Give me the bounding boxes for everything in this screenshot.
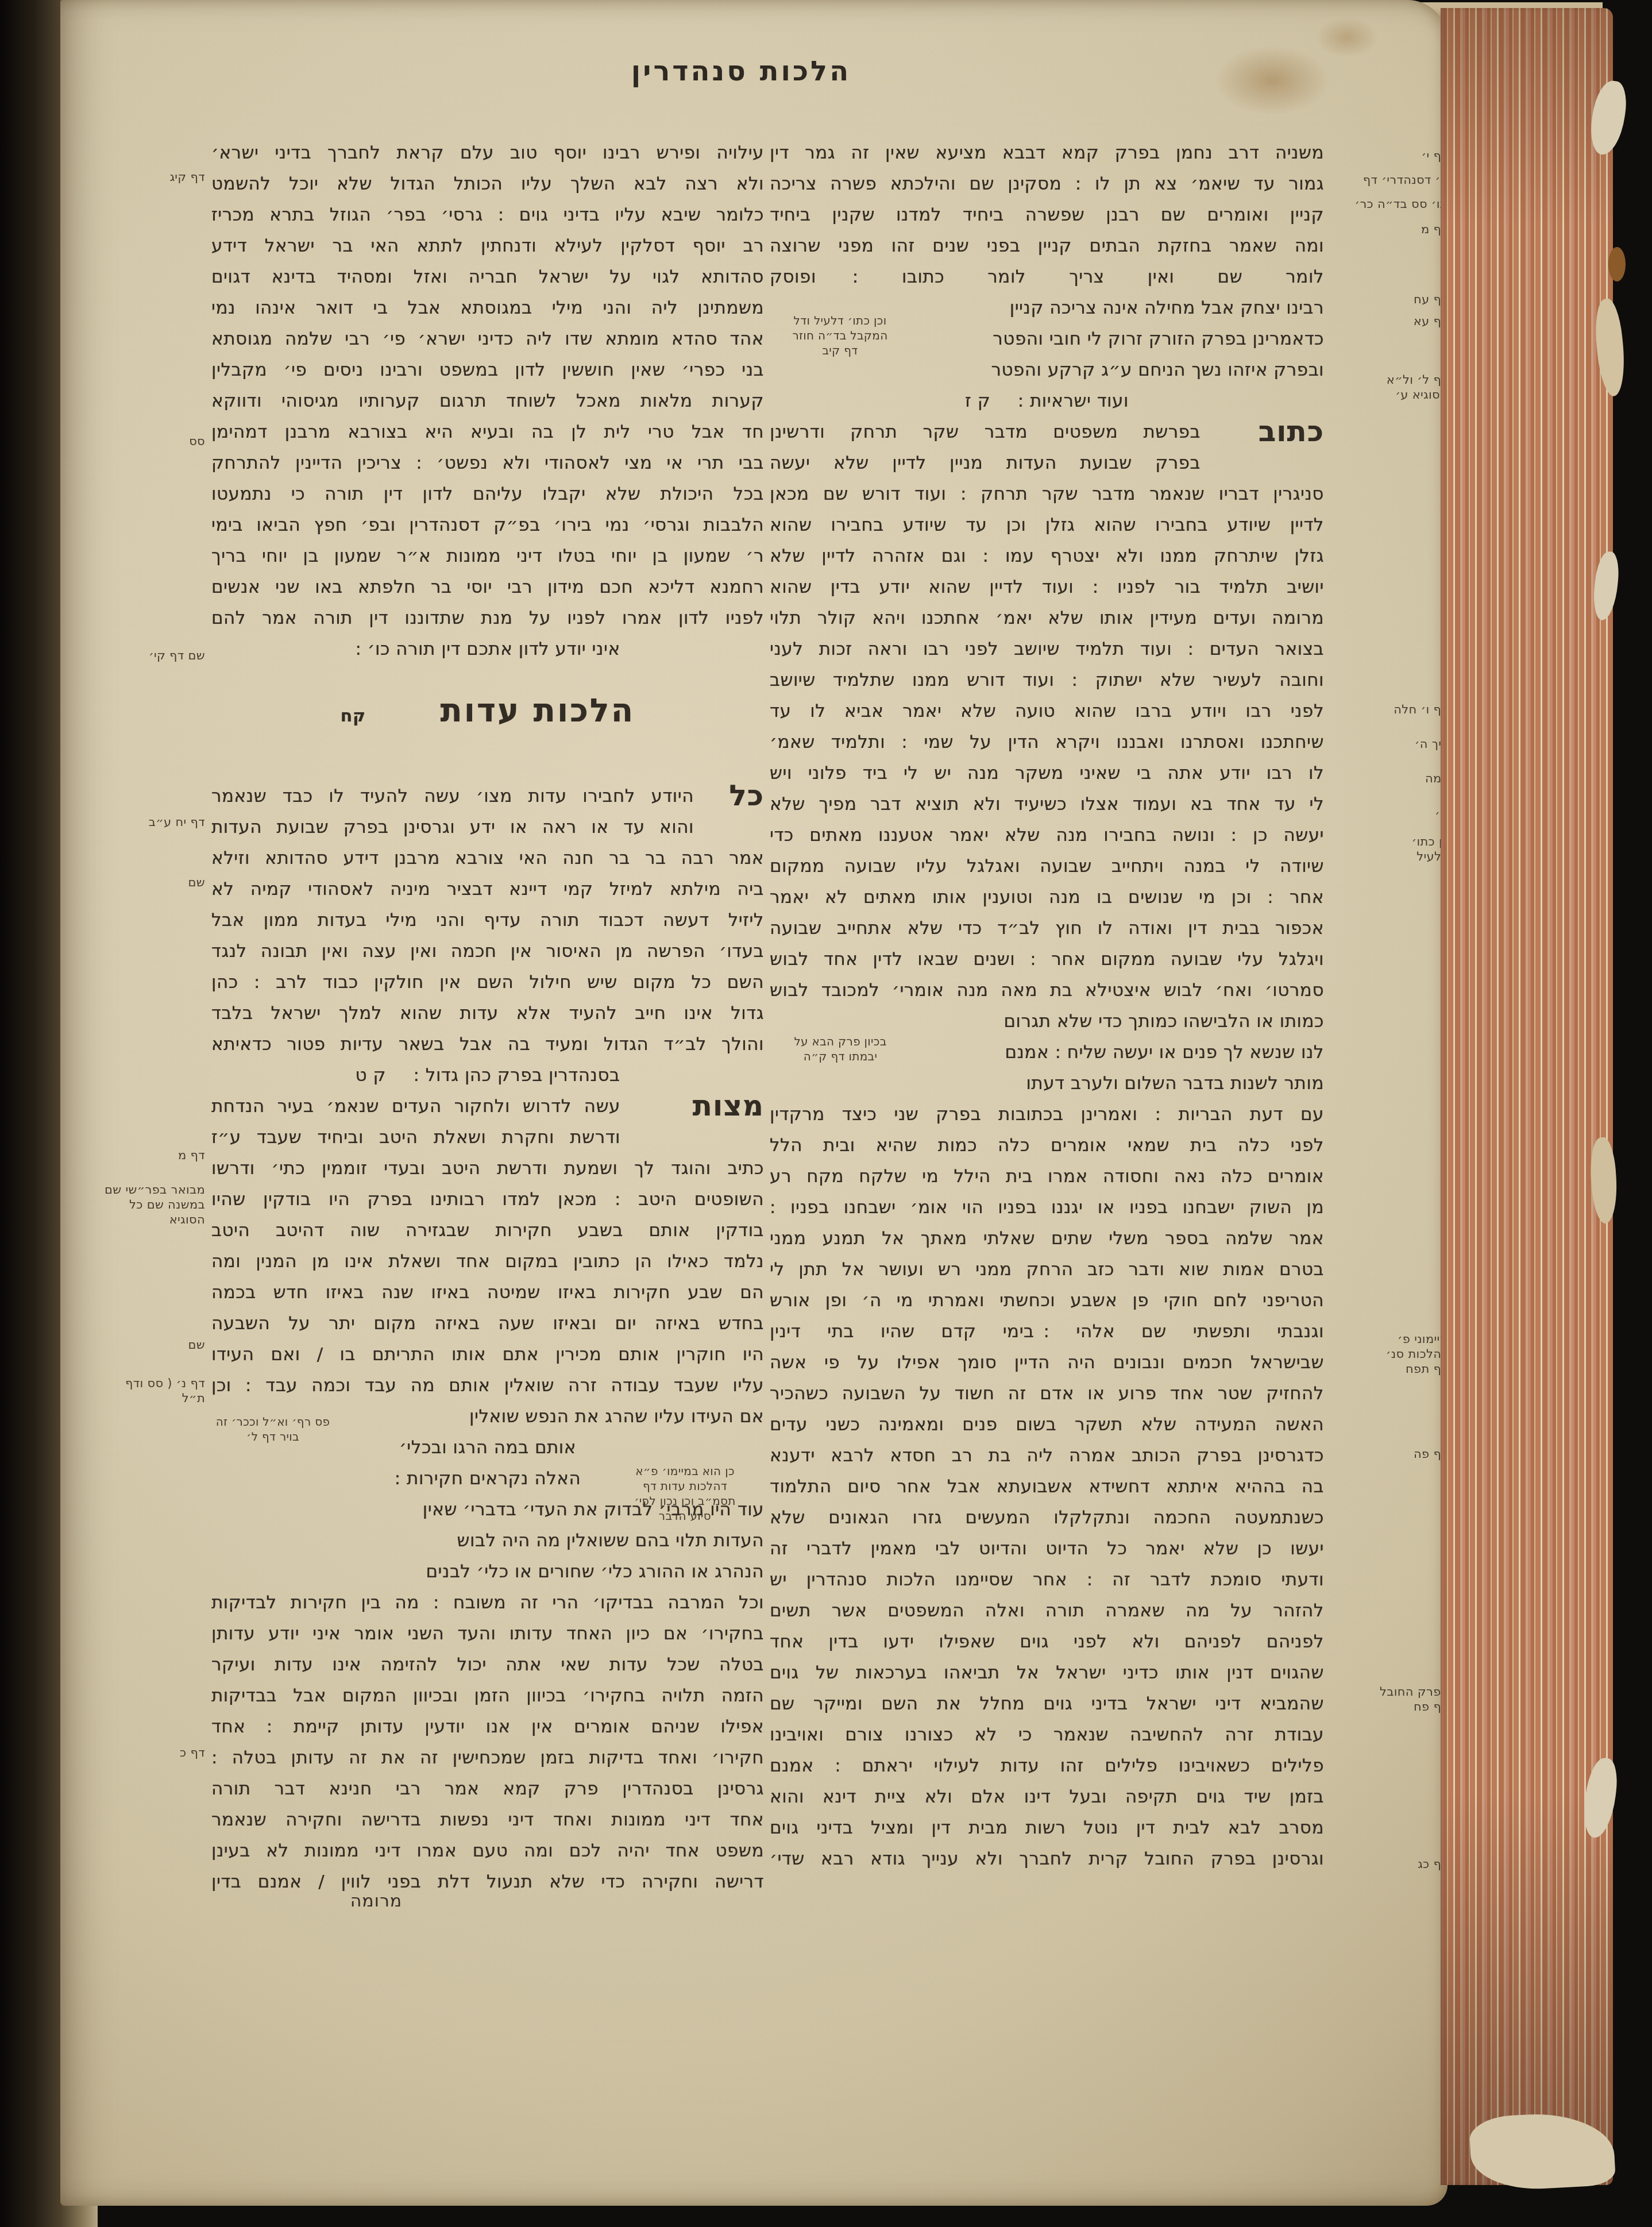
text-line: וכל המרבה בבדיקו׳ הרי זה משובח : מה בין …	[211, 1588, 764, 1619]
text-line: הם שבע חקירות באיזו שמיטה באיזו שנה באיז…	[211, 1277, 764, 1309]
margin-note: בפרק החובלדף פח	[1327, 1684, 1450, 1714]
photo-of-open-book: { "page": { "header": "הלכות סנהדרין", "…	[0, 0, 1652, 2227]
margin-note: מבואר בפר״שי שםבמשנה שם כלהסוגיא	[72, 1182, 209, 1227]
text-line: סהדותא לגוי על ישראל חבריה ואזל ומסהיד ב…	[211, 262, 764, 293]
text-line: סמרטו׳ ואח׳ לבוש איצטילא בת מאה מנה אומר…	[770, 975, 1324, 1006]
torn-paper-edge	[1608, 247, 1626, 281]
book-page: הלכות סנהדרין משניה דרב נחמן בפרק קמא דב…	[60, 0, 1448, 2206]
text-line: יושיב תלמיד בור לפניו : ועוד לדיין שהוא …	[770, 572, 1324, 603]
text-line: כדגרסינן בפרק הכותב אמרה ליה בת רב חסדא …	[770, 1441, 1324, 1472]
text-line: שבישראל חכמים ונבונים היה הדיין סומך אפי…	[770, 1348, 1324, 1379]
paragraph-initial-word: כל	[729, 781, 764, 812]
text-line: וגנבתי ותפשתי שם אלהי : בימי קדם שהיו בת…	[770, 1317, 1324, 1348]
text-line: קערות מלאות מאכל לשוחד תרגום קערותיו מגי…	[211, 386, 764, 417]
text-line: גזלן שיתרחק ממנו ולא יצטרף עמו : וגם אזה…	[770, 541, 1324, 572]
text-line: אמר שלמה בספר משלי שתים שאלתי מאתך אל תמ…	[770, 1224, 1324, 1255]
text-line: משפט אחד יהיה לכם ומה טעם אמרו דיני ממונ…	[211, 1836, 764, 1867]
text-line: איני יודע לדון אתכם דין תורה כו׳ :	[211, 634, 764, 665]
text-line: שיחתכנו ואסתרנו ואבננו ויקרא הדין על שמי…	[770, 727, 1324, 758]
margin-note: סס	[72, 434, 209, 449]
margin-note: דף פה	[1327, 1446, 1450, 1461]
text-line: לי עד אחד בא ועמוד אצלו כשיעיד ולא תוציא…	[770, 789, 1324, 820]
text-line: לו רבו יודע אתה בי שאיני משקר מנה יש לי …	[770, 758, 1324, 789]
text-line: חקירו׳ ואחד בדיקות בזמן שמכחישין זה את ז…	[211, 1743, 764, 1774]
text-line: בפרק שבועת העדות מניין לדיין שלא יעשה	[770, 448, 1324, 479]
margin-note: דף עא	[1327, 314, 1450, 329]
text-line: ודרשת וחקרת ושאלת היטב וביחיד שעבד ע״ז	[211, 1122, 764, 1153]
text-line: אכפור בבית דין ואודה לו חוץ לב״ד כדי שלא…	[770, 913, 1324, 944]
text-line: יעשה כן : ונושה בחבירו מנה שלא יאמר אטענ…	[770, 820, 1324, 851]
text-line: מסרב לבא לבית דין נוטל רשות מבית דין ומצ…	[770, 1813, 1324, 1844]
margin-note: דף עח	[1327, 292, 1450, 307]
paragraph-initial-word: כתוב	[1259, 417, 1324, 448]
gloss-note: כן הוא במיימו׳ פ״אדהלכות עדות דףתסמ״ב וכ…	[612, 1464, 758, 1523]
margin-note: דף כ	[72, 1745, 209, 1760]
text-line: וחובה לעשיר שלא ישתוק : ועוד דורש ממנו ש…	[770, 665, 1324, 696]
text-line: רב יוסף דסלקין לעילא ודנחתין לתתא האי בר…	[211, 231, 764, 262]
text-line: אומרים כלה נאה וחסודה אמרו בית הילל מי ש…	[770, 1161, 1324, 1192]
text-line: בחדש באיזה יום ובאיזו שעה באיזה מקום יתר…	[211, 1309, 764, 1340]
text-line: קניין ואומרים שם רבנן שפשרה ביחיד למדנו …	[770, 200, 1324, 231]
text-line: בחקירו׳ אם כיון האחד עדותו והעד השני אומ…	[211, 1619, 764, 1650]
margin-notes-left: דף קיגססשם דף קי׳דף יח ע״בשםדף ממבואר בפ…	[72, 0, 209, 2125]
text-line: העדות תלוי בהם ששואלין מה היה לבוש	[211, 1526, 764, 1557]
text-line: ליזיל דעשה דכבוד תורה עדיף והני מילי בעד…	[211, 905, 764, 936]
margin-note: דף ו׳ חלה	[1327, 702, 1450, 717]
section-heading: הלכות עדותקח	[211, 696, 764, 758]
text-line: רחמנא דליכא חכם מידון רבי יוסי בר חלפתא …	[211, 572, 764, 603]
text-line: דרישה וחקירה כדי שלא תנעול דלת בפני לווי…	[211, 1867, 764, 1898]
text-line: כשנתמעטה החכמה ונתקלקלו המעשים גזרו הגאו…	[770, 1503, 1324, 1534]
margin-note: יין כתו׳דלעיל	[1327, 834, 1450, 864]
margin-note: שם	[72, 875, 209, 890]
margin-note: דף נ׳ ( סס ודףת״ל	[72, 1376, 209, 1406]
text-line: פלילים כשאויבינו פלילים זהו עדות לעילוי …	[770, 1751, 1324, 1782]
book-fore-edge	[1441, 8, 1613, 2185]
text-line: להזהר על מה שאמרה תורה ואלה המשפטים אשר …	[770, 1596, 1324, 1627]
text-line: אחר : וכן מי שנושים בו מנה וטוענין אותו …	[770, 882, 1324, 913]
text-line: שהגוים דנין אותו כדיני ישראל אל תביאהו ב…	[770, 1658, 1324, 1689]
margin-note: ח׳	[1327, 807, 1450, 822]
text-line: בה בההיא איתתא דחשידא אשבועתא אבל אחר סי…	[770, 1472, 1324, 1503]
text-line: השופטים היטב : מכאן למדו רבותינו בפרק הי…	[211, 1184, 764, 1215]
margin-note: דף ל׳ ול״אהסוגיא ע׳	[1327, 372, 1450, 402]
text-line: עם דעת הבריות : ואמרינן בכתובות בפרק שני…	[770, 1099, 1324, 1130]
text-line: כתיב והוגד לך ושמעת ודרשת היטב ובעדי זומ…	[211, 1153, 764, 1184]
text-column-left: עילויה ופירש רבינו יוסף טוב עלם קראת לחב…	[211, 138, 764, 1953]
text-line: עבודת זרה להחשיבה שנאמר כי לא כצורנו צור…	[770, 1720, 1324, 1751]
text-line: בסנהדרין בפרק כהן גדול : ק ט	[211, 1060, 764, 1091]
text-line: לפניהם לפניהם ולא לפני גוים שאפילו ידעו …	[770, 1627, 1324, 1658]
text-line: מן השוק ישבחנו בפניו או יגננו בפניו הוי …	[770, 1192, 1324, 1224]
text-line: כלהיודע לחבירו עדות מצו׳ עשה להעיד לו כב…	[211, 781, 764, 812]
margin-note: כמה	[1327, 771, 1450, 786]
text-line: גדול אינו חייב להעיד אלא עדות שהוא למלך …	[211, 998, 764, 1029]
text-line: חד אבל טרי לית לן בה ובעיא היא בצורבא מר…	[211, 417, 764, 448]
text-line: אהד סהדא מומתא שדו ליה כדיני ישרא׳ פי׳ ר…	[211, 324, 764, 355]
text-line: אפילו שניהם אומרים אין אנו יודעין עדותן …	[211, 1712, 764, 1743]
text-line: מותר לשנות בדבר השלום ולערב דעתו	[770, 1068, 1324, 1099]
margin-note: דף מ	[72, 1148, 209, 1163]
text-line: לפני כלה בית שמאי אומרים כלה כמות שהיא ו…	[770, 1130, 1324, 1161]
text-line: שיודה לי במנה ויתחייב שבועה ואגלגל עליו …	[770, 851, 1324, 882]
text-line: גמור עד שיאמ׳ צא תן לו : מסקינן שם והילכ…	[770, 169, 1324, 200]
text-line: בעדו׳ הפרשה מן האיסור אין חכמה ואין עצה …	[211, 936, 764, 967]
text-line: כתובבפרשת משפטים מדבר שקר תרחק ודרשינן	[770, 417, 1324, 448]
margin-note: פ׳ דסנהדרי׳ דף	[1327, 172, 1450, 187]
text-line: והוא עד או ראה או ידע וגרסינן בפרק שבועת…	[211, 812, 764, 843]
text-line: להחזיק שטר אחד פרוע או אדם זה חשוד על הש…	[770, 1379, 1324, 1410]
text-line: גרסינן בסנהדרין פרק קמא אמר רבי חנינא דב…	[211, 1774, 764, 1805]
margin-note: שם	[72, 1337, 209, 1352]
text-line: הטריפני לחם חוקי פן אשבע וכחשתי ואמרתי מ…	[770, 1286, 1324, 1317]
text-line: אחד דיני ממונות ואחד דיני נפשות בדרישה ו…	[211, 1805, 764, 1836]
text-line: לומר שם ואין צריך לומר כתובו : ופוסק	[770, 262, 1324, 293]
text-line: וגרסינן בפרק החובל קרית לחברך ולא ענייך …	[770, 1844, 1324, 1875]
text-line: ביה מילתא למיזל קמי דיינא דבציר מיניה לא…	[211, 874, 764, 905]
text-line: ומה שאמר בחזקת הבתים קניין בפני שנים זהו…	[770, 231, 1324, 262]
text-line: משניה דרב נחמן בפרק קמא דבבא מציעא שאין …	[770, 138, 1324, 169]
text-line: בכל היכולת שלא יקבלו עליהם לדון דין תורה…	[211, 479, 764, 510]
section-heading-text: הלכות עדות	[440, 696, 635, 726]
gloss-note: פס רף׳ וא״ל וככר׳ זהבויר דף ל׳	[204, 1414, 342, 1444]
text-line: בזמן שיד גוים תקיפה ובעל דינו אלם ולא צי…	[770, 1782, 1324, 1813]
text-line: ובפרק איזהו נשך הניחם ע״ג קרקע והפטר	[770, 355, 1324, 386]
text-line: והולך לב״ד הגדול ומעיד בה אבל בשאר עדיות…	[211, 1029, 764, 1060]
text-line: משמתינן ליה והני מילי במגוסתא אבל בי דוא…	[211, 293, 764, 324]
text-line: השם כל מקום שיש חילול השם אין חולקין כבו…	[211, 967, 764, 998]
margin-note: תו׳ סס בד״ה כר׳	[1327, 196, 1450, 211]
text-line: לפניו לדון אמרו לפניו על מנת שתדוננו דין…	[211, 603, 764, 634]
text-line: ויגלגל עלי שבועה ממקום אחר : ושנים שבאו …	[770, 944, 1324, 975]
text-line: הנהרג או ההורג כלי׳ שחורים או כלי׳ לבנים	[211, 1557, 764, 1588]
text-line: עליו שעבד עבודה זרה שואלין אותם מה עבד ו…	[211, 1371, 764, 1402]
margin-note: דף כג	[1327, 1857, 1450, 1871]
text-line: ר׳ שמעון בן יוחי בטלו דיני ממונות א״ר שמ…	[211, 541, 764, 572]
text-line: בטרם אמות שוא ודבר כזב הרחק ממני רש ועוש…	[770, 1255, 1324, 1286]
margin-note: דף י׳	[1327, 148, 1450, 163]
margin-note: דיך ה׳	[1327, 736, 1450, 751]
text-line: אמר רבה בר בר חנה האי צורבא מרבנן דידע ס…	[211, 843, 764, 874]
margin-notes-right: דף י׳פ׳ דסנהדרי׳ דףתו׳ סס בד״ה כר׳דף מדף…	[1327, 0, 1450, 2125]
text-line: בצואר העדים : ועוד תלמיד שיושב לפני רבו …	[770, 634, 1324, 665]
catchword: מרומה	[313, 1891, 439, 1911]
section-heading-page-ref: קח	[341, 701, 366, 731]
text-line: שהמביא דיני ישראל בדיני גוים מחלל את השם…	[770, 1689, 1324, 1720]
margin-note: דף מ	[1327, 222, 1450, 237]
text-line: מצותעשה לדרוש ולחקור העדים שנאמ׳ בעיר הנ…	[211, 1091, 764, 1122]
text-line: מרומה ועדים מעידין אותו שלא יאמ׳ אחתכנו …	[770, 603, 1324, 634]
text-line: היו חוקרין אותם מכירין אתם אותו התריתם ב…	[211, 1340, 764, 1371]
margin-note: שם דף קי׳	[72, 648, 209, 663]
text-line: בודקין אותם בשבע חקירות שבגזירה שוה דהיט…	[211, 1215, 764, 1246]
page-title: הלכות סנהדרין	[580, 55, 902, 87]
text-line: לדיין שיודע בחבירו שהוא גזלן וכן עד שיוד…	[770, 510, 1324, 541]
text-line: נלמד כאילו הן כתובין במקום אחד ושאלת אינ…	[211, 1246, 764, 1277]
text-line: לפני רבו ויודע ברבו שהוא טועה שלא יאמר א…	[770, 696, 1324, 727]
gloss-note: וכן כתו׳ דלעיל ודלהמקבל בד״ה חוזרדף קיב	[773, 313, 908, 358]
text-line: כלומר שיבא עליו בדיני גוים : גרסי׳ בפר׳ …	[211, 200, 764, 231]
margin-note: מיימוני פ׳דהלכות סנ׳דף תפח	[1327, 1331, 1450, 1376]
text-line: האשה המעידה שלא תשקר בשום פנים ומאמינה כ…	[770, 1410, 1324, 1441]
text-line: בבי תרי אי מצי לאסהודי ולא נפשט׳ : צריכי…	[211, 448, 764, 479]
text-line: ועוד ישראיות : ק ז	[770, 386, 1324, 417]
text-line: ודעתי סומכת לדבר זה : אחר שסיימנו הלכות …	[770, 1565, 1324, 1596]
text-line: הזמה תלויה בחקירו׳ בכיוון הזמן ובכיוון ה…	[211, 1681, 764, 1712]
stain	[1215, 46, 1330, 115]
text-line: יעשו כן שלא יאמר כל הדיוט והדיוט לבי מאמ…	[770, 1534, 1324, 1565]
margin-note: דף קיג	[72, 169, 209, 184]
text-line: בטלה שכל עדות שאי אתה יכול להזימה אינו ע…	[211, 1650, 764, 1681]
gloss-note: בכיון פרק הבא עליבמתו דף ק״ה	[777, 1034, 904, 1064]
paragraph-initial-word: מצות	[693, 1091, 764, 1122]
text-line: עילויה ופירש רבינו יוסף טוב עלם קראת לחב…	[211, 138, 764, 169]
text-line: סניגרין דבריו שנאמר מדבר שקר תרחק : ועוד…	[770, 479, 1324, 510]
text-line: בני כפרי׳ שאין חוששין לדון במשפט ורבינו …	[211, 355, 764, 386]
margin-note: דף יח ע״ב	[72, 815, 209, 829]
text-line: כמותו או הלבישהו כמותך כדי שלא תגרום	[770, 1006, 1324, 1037]
text-line: הלבבות וגרסי׳ נמי בירו׳ בפ״ק דסנהדרין וב…	[211, 510, 764, 541]
text-line: ולא רצה לבא השלך עליו הכותל הגדול שלא יו…	[211, 169, 764, 200]
